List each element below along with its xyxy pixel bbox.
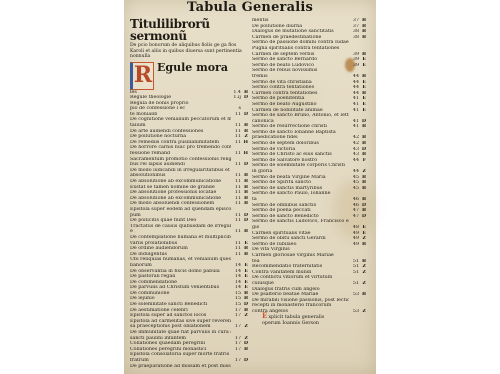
section-title: Titulilibrorũ sermonũ	[130, 18, 248, 42]
colophon: Explicit tabula generalis operum Ioannis…	[262, 313, 324, 327]
left-entries-list: les1.4BRegule theologie1.ijDRegula de bo…	[130, 90, 248, 370]
regulae-heading: Egule mora	[157, 62, 228, 73]
entry-letter: Z	[359, 309, 366, 315]
entry-folio	[231, 364, 241, 370]
colophon-line: operum Ioannis Gerson	[262, 321, 324, 327]
running-head: Tabula Generalis	[124, 0, 376, 15]
left-column: Titulilibrorũ sermonũ De pcio bonorum de…	[130, 18, 248, 369]
entry-title: De praeparatione ad missam et post missa…	[130, 364, 231, 370]
manuscript-page: Tabula Generalis Titulilibrorũ sermonũ D…	[124, 0, 376, 374]
entry-folio: 53	[349, 309, 359, 315]
illuminated-initial: R	[130, 62, 154, 90]
dropcap-row: R Egule mora	[130, 62, 248, 90]
section-subtitle: De pcio bonorum de aliquibus fiolis ge g…	[130, 43, 248, 60]
index-entry: De praeparatione ad missam et post missa…	[130, 364, 248, 370]
right-entries-list: mentis37BDe pollutione diurna37BDialogus…	[252, 18, 366, 314]
rubricated-initial: E	[262, 311, 267, 320]
entry-letter	[241, 364, 248, 370]
right-column: mentis37BDe pollutione diurna37BDialogus…	[252, 18, 366, 314]
colophon-line: xplicit tabula generalis	[268, 315, 324, 320]
